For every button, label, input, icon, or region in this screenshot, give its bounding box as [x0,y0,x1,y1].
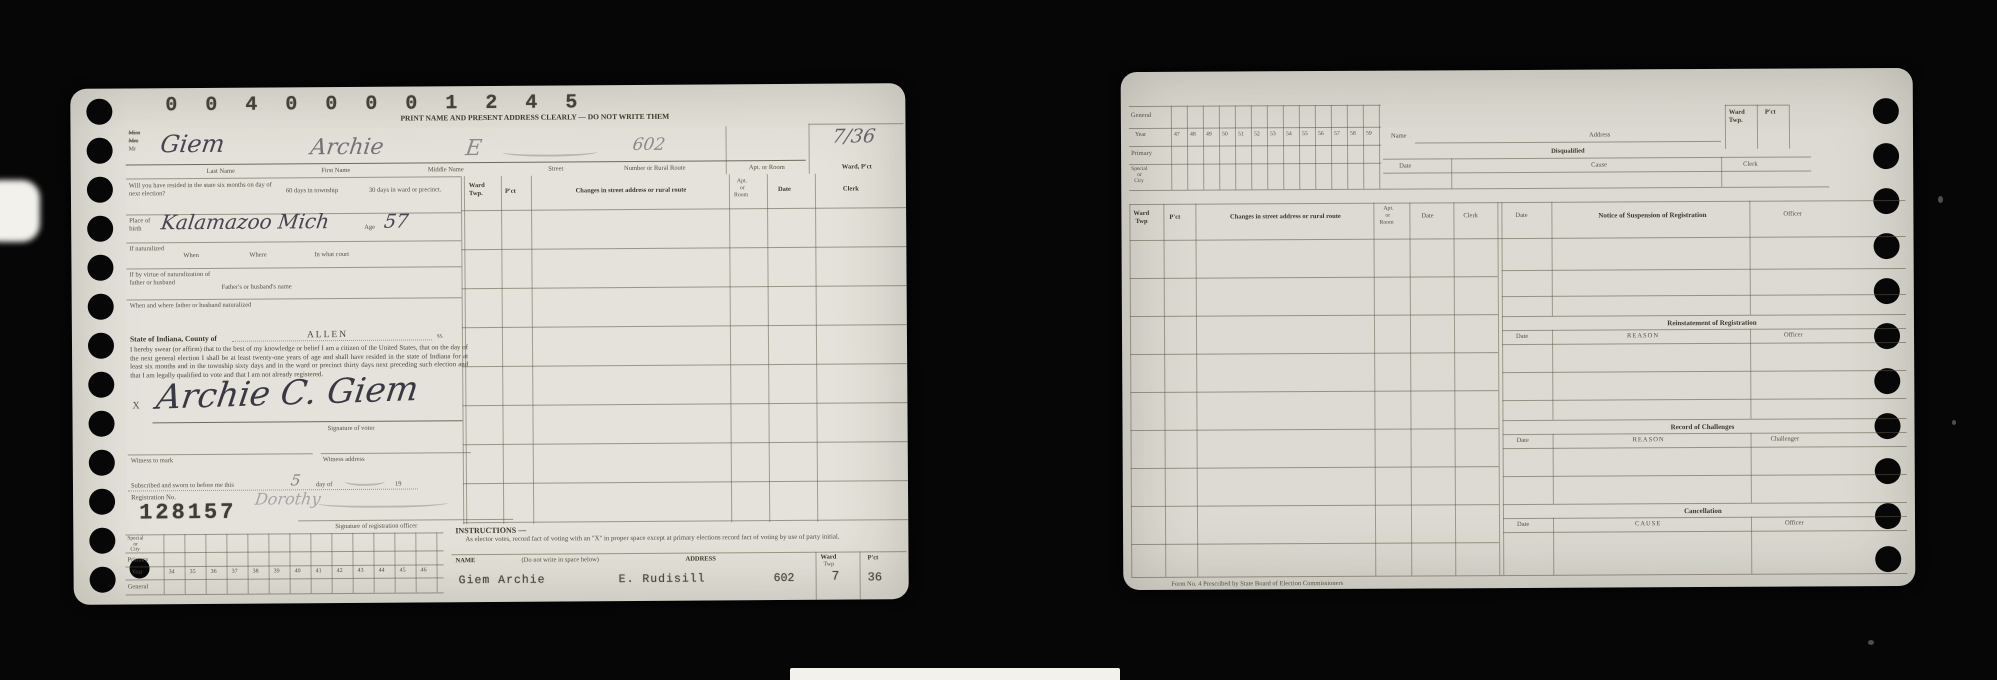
grid-line [1187,106,1188,190]
grid-label-primary: Primary [1131,150,1152,158]
rule-line [451,551,906,555]
col-clerk: Clerk [843,185,859,193]
voter-card-back: General Year Primary Special or City 47 … [1121,68,1916,590]
rule-line [127,297,462,300]
typed-name: Giem Archie [459,574,546,588]
label-signature-of-voter: Signature of voter [328,425,375,433]
col-pct: P'ct [1169,214,1180,222]
year-cell: 42 [337,568,343,576]
grid-line [1315,105,1316,189]
label-if-naturalized: If naturalized [129,245,169,253]
grid-line [531,176,534,524]
voter-card-front: PRINT NAME AND PRESENT ADDRESS CLEARLY —… [70,83,909,605]
question-30-days: 30 days in ward or precinct. [369,186,454,195]
year-cell: 54 [1286,131,1292,138]
col-ward: Ward [469,182,485,190]
label-last-name: Last Name [176,168,266,177]
year-cell: 52 [1254,131,1260,138]
year-cell: 45 [400,568,406,576]
grid-line [1130,276,1498,279]
year-cell: 41 [316,568,322,576]
registration-number-stamp: 128157 [139,500,236,526]
grid-label-city: City [1134,178,1144,185]
grid-line [126,592,444,595]
disqualified-title: Disqualified [1551,148,1585,156]
suspension-date: Date [1515,212,1527,220]
grid-line [1373,203,1376,576]
grid-line [1129,163,1381,165]
label-street: Street [526,165,586,174]
year-cell: 55 [1302,131,1308,138]
grid-line [1757,105,1758,149]
punch-hole [1873,143,1899,169]
wardbox-pct: P'ct [1765,109,1776,117]
rule-line [126,266,461,269]
illegible-street-writing [503,147,598,157]
written-ward-pct: 7/36 [831,125,877,147]
col-room: Room [734,192,748,199]
grid-line [461,207,906,211]
signature-x-mark: X [132,400,139,413]
grid-line [1502,294,1906,297]
grid-line [1789,105,1790,149]
sworn-day-of: day of [316,481,332,489]
grid-line [1129,105,1381,107]
year-cell: 46 [421,567,427,575]
grid-label-year: Year [132,569,143,577]
grid-line [815,552,816,600]
year-cell: 37 [232,569,238,577]
year-cell: 49 [1206,132,1212,139]
rule-line [1383,156,1811,159]
grid-line [1502,370,1906,373]
col-clerk: Clerk [1463,212,1477,220]
col-changes: Changes in street address or rural route [1201,213,1369,222]
year-cell: 47 [1174,132,1180,139]
col-pct: P'ct [505,188,516,196]
grid-line [462,324,907,328]
question-residence: Will you have resided in the state six m… [129,181,279,198]
sworn-year-prefix: 19 [395,481,402,489]
label-registration-officer: Signature of registration officer [335,523,417,532]
form-footer-note: Form No. 4 Prescribed by State Board of … [1171,580,1343,589]
year-cell: 35 [190,569,196,577]
grid-line [1171,106,1172,190]
grid-line [163,534,164,594]
grid-line [859,551,860,599]
suspension-title: Notice of Suspension of Registration [1559,211,1745,221]
grid-line [1749,201,1751,315]
grid-line [1129,127,1381,129]
reinstatement-officer: Officer [1784,332,1803,340]
record-note: (Do not write in space below) [521,556,598,565]
grid-line [125,532,443,535]
grid-line [1379,105,1380,189]
typed-pct: 36 [868,570,883,584]
grid-line [1503,502,1907,505]
year-cell: 53 [1270,131,1276,138]
col-date: Date [1421,212,1433,220]
affidavit-state-county: State of Indiana, County of [130,334,217,344]
year-cell: 56 [1318,131,1324,138]
year-cell: 40 [295,568,301,576]
grid-line [1131,573,1907,578]
typed-ward: 7 [832,569,840,584]
grid-line [268,534,269,594]
challenges-title: Record of Challenges [1592,422,1812,432]
grid-line [1129,200,1905,205]
cancellation-date: Date [1517,521,1529,529]
illegible-month-writing [345,477,385,486]
grid-line [1363,105,1364,189]
grid-line [373,533,374,593]
grid-line [1219,106,1220,190]
punch-hole [89,528,115,554]
punch-hole [88,372,114,398]
grid-label-city: City [130,546,140,553]
grid-line [461,246,906,250]
grid-line [1130,352,1498,355]
grid-line [1503,516,1907,519]
cancellation-officer: Officer [1785,520,1804,528]
grid-line [462,285,907,289]
film-speck [1952,420,1956,425]
grid-line [1129,204,1132,577]
signature-line [153,420,463,423]
col-date: Date [778,186,791,194]
punch-hole [1874,368,1900,394]
rule-line [126,176,461,179]
record-label-ward: Ward [820,554,836,562]
grid-line [1203,106,1204,190]
affidavit-ss: ss. [437,332,444,340]
grid-line [1751,517,1752,574]
grid-line [1131,504,1499,507]
grid-line [352,533,353,593]
grid-line [415,533,416,593]
label-first-name: First Name [296,167,376,176]
grid-line [1130,236,1906,241]
year-cell: 36 [211,569,217,577]
written-middle-name: E [464,136,483,161]
label-witness-address: Witness address [323,456,365,464]
col-room: Room [1379,220,1393,227]
label-father-name: Father's or husband's name [222,283,292,292]
grid-line [1283,105,1284,189]
challenges-challenger: Challenger [1771,436,1800,444]
grid-label-general: General [1131,112,1152,120]
col-ward: Ward [1133,210,1149,218]
grid-line [1503,474,1907,477]
punch-hole [1875,546,1901,572]
reinstatement-reason: REASON [1627,332,1659,340]
grid-line [1502,342,1906,345]
disqualified-cause: Cause [1591,162,1607,170]
rule-line [1383,170,1811,173]
disqualified-clerk: Clerk [1743,161,1757,169]
grid-line [1503,530,1907,533]
rule-line [126,240,461,243]
written-first-name: Archie [309,135,385,161]
grid-line [1501,202,1504,575]
year-cell: 43 [358,568,364,576]
year-cell: 59 [1366,131,1372,138]
film-bottom-strip [790,668,1120,680]
grid-line [462,363,907,367]
grid-line [310,533,311,593]
grid-line [289,533,290,593]
punch-hole [88,294,114,320]
label-where: Where [249,252,266,260]
grid-line [1502,398,1906,401]
year-cell: 58 [1350,131,1356,138]
label-when: When [183,252,199,260]
grid-line [226,534,227,594]
punch-hole [1874,413,1900,439]
grid-line [729,174,732,522]
year-cell: 39 [274,568,280,576]
grid-line [463,519,908,523]
grid-line [1451,158,1452,188]
challenges-reason: REASON [1633,436,1665,444]
written-house-number: 602 [631,135,666,155]
grid-line [1163,204,1166,577]
label-middle-name: Middle Name [401,166,491,175]
col-twp: Twp [1135,218,1147,226]
grid-line [1725,105,1726,149]
grid-line [331,533,332,593]
grid-line [462,402,907,406]
year-cell: 44 [379,568,385,576]
grid-line [463,480,908,484]
year-cell: 57 [1334,131,1340,138]
cancellation-cause: CAUSE [1635,520,1661,528]
grid-line [815,174,818,522]
grid-line [1409,203,1412,576]
punch-hole [1875,458,1901,484]
salutation-miss: Miss [129,130,141,138]
written-last-name: Giem [159,130,227,158]
instructions-body: As elector votes, record fact of voting … [465,533,855,544]
grid-line [1129,145,1381,147]
year-cell: 38 [253,569,259,577]
grid-line [725,126,726,174]
rule-line [1415,141,1721,144]
serial-number-stamp: 0 0 4 0 0 0 0 1 2 4 5 [165,91,585,117]
grid-line [1130,390,1498,393]
instructions-title: INSTRUCTIONS — [455,526,526,536]
punch-hole [1873,98,1899,124]
grid-line [1502,314,1906,317]
label-place-of-birth: Place of birth [129,217,163,233]
grid-line [1299,105,1300,189]
suspension-officer: Officer [1783,211,1802,219]
reinstatement-date: Date [1516,333,1528,341]
wardbox-ward: Ward [1729,109,1745,117]
grid-line [1453,202,1456,575]
col-twp: Twp. [469,190,483,198]
written-day: 5 [290,471,302,489]
punch-hole [1874,323,1900,349]
grid-line [1195,204,1198,577]
written-age: 57 [383,211,410,233]
grid-line [1503,446,1907,449]
grid-line [1553,434,1554,504]
punch-hole [90,567,116,593]
grid-line [1130,314,1498,317]
grid-line [1502,268,1906,271]
rule-line [128,453,313,455]
grid-line [501,176,504,524]
punch-hole [89,450,115,476]
label-address: Address [1589,132,1610,140]
record-label-name: NAME [455,557,475,565]
illegible-officer-writing [318,498,448,508]
grid-line [1251,105,1252,189]
grid-label-year: Year [1135,132,1146,140]
grid-line [1267,105,1268,189]
year-cell: 50 [1222,132,1228,139]
grid-line [1235,105,1236,189]
year-cell: 51 [1238,131,1244,138]
typed-number: 602 [774,572,795,585]
grid-line [1347,105,1348,189]
label-name: Name [1391,133,1407,141]
punch-hole [1874,278,1900,304]
label-witness-to-mark: Witness to mark [131,457,173,465]
label-by-virtue: If by virtue of naturalization of father… [129,271,217,288]
label-court: In what court [314,251,349,259]
salutation-mrs: Mrs [129,138,139,146]
reinstatement-title: Reinstatement of Registration [1562,318,1862,328]
grid-line [205,534,206,594]
grid-line [1751,433,1752,503]
grid-label-general: General [128,583,149,591]
year-cell: 34 [169,569,175,577]
grid-label-primary: Primary [127,556,148,564]
officer-signature: Dorothy [254,489,322,508]
label-ward-pct: Ward, P'ct [816,163,898,172]
grid-line [126,577,444,580]
film-light-leak [0,180,40,242]
rule-line [298,519,513,522]
punch-hole [87,138,113,164]
grid-line [436,532,437,592]
rule-line [321,452,471,454]
written-place-of-birth: Kalamazoo Mich [160,209,331,234]
grid-line [126,564,444,567]
grid-line [1502,418,1906,421]
grid-line [1503,432,1907,435]
record-label-address: ADDRESS [685,555,715,563]
grid-line [463,441,908,445]
grid-line [1131,428,1499,431]
grid-line [808,124,809,174]
film-speck [1938,196,1943,203]
grid-line [1131,542,1499,545]
challenges-date: Date [1517,437,1529,445]
label-number-rural: Number or Rural Route [589,164,721,173]
grid-line [125,550,443,553]
punch-hole [88,411,114,437]
grid-line [1553,518,1554,575]
record-label-pct: P'ct [867,554,878,562]
typed-address: E. Rudisill [619,572,706,586]
grid-line [1721,157,1722,187]
punch-hole [88,333,114,359]
year-cell: 48 [1190,132,1196,139]
grid-line [184,534,185,594]
punch-hole [87,255,113,281]
label-when-where-father: When and where father or husband natural… [130,302,255,311]
grid-line [1551,202,1553,316]
punch-hole [87,177,113,203]
grid-line [1497,202,1500,575]
punch-hole [89,489,115,515]
question-60-days: 60 days in township [286,187,361,196]
salutation-mr: Mr [129,146,136,154]
punch-hole [86,99,112,125]
grid-line [394,533,395,593]
label-apt-room: Apt. or Room [731,164,803,173]
voter-signature: Archie C. Giem [154,369,421,418]
film-speck [1868,640,1874,645]
col-changes: Changes in street address or rural route [536,186,726,195]
punch-hole [87,216,113,242]
disqualified-date: Date [1399,163,1411,171]
grid-line [1131,466,1499,469]
wardbox-twp: Twp. [1729,117,1743,125]
cancellation-title: Cancellation [1613,507,1793,517]
grid-line [1331,105,1332,189]
grid-line [247,534,248,594]
grid-line [767,174,770,522]
label-age: Age [364,224,375,232]
